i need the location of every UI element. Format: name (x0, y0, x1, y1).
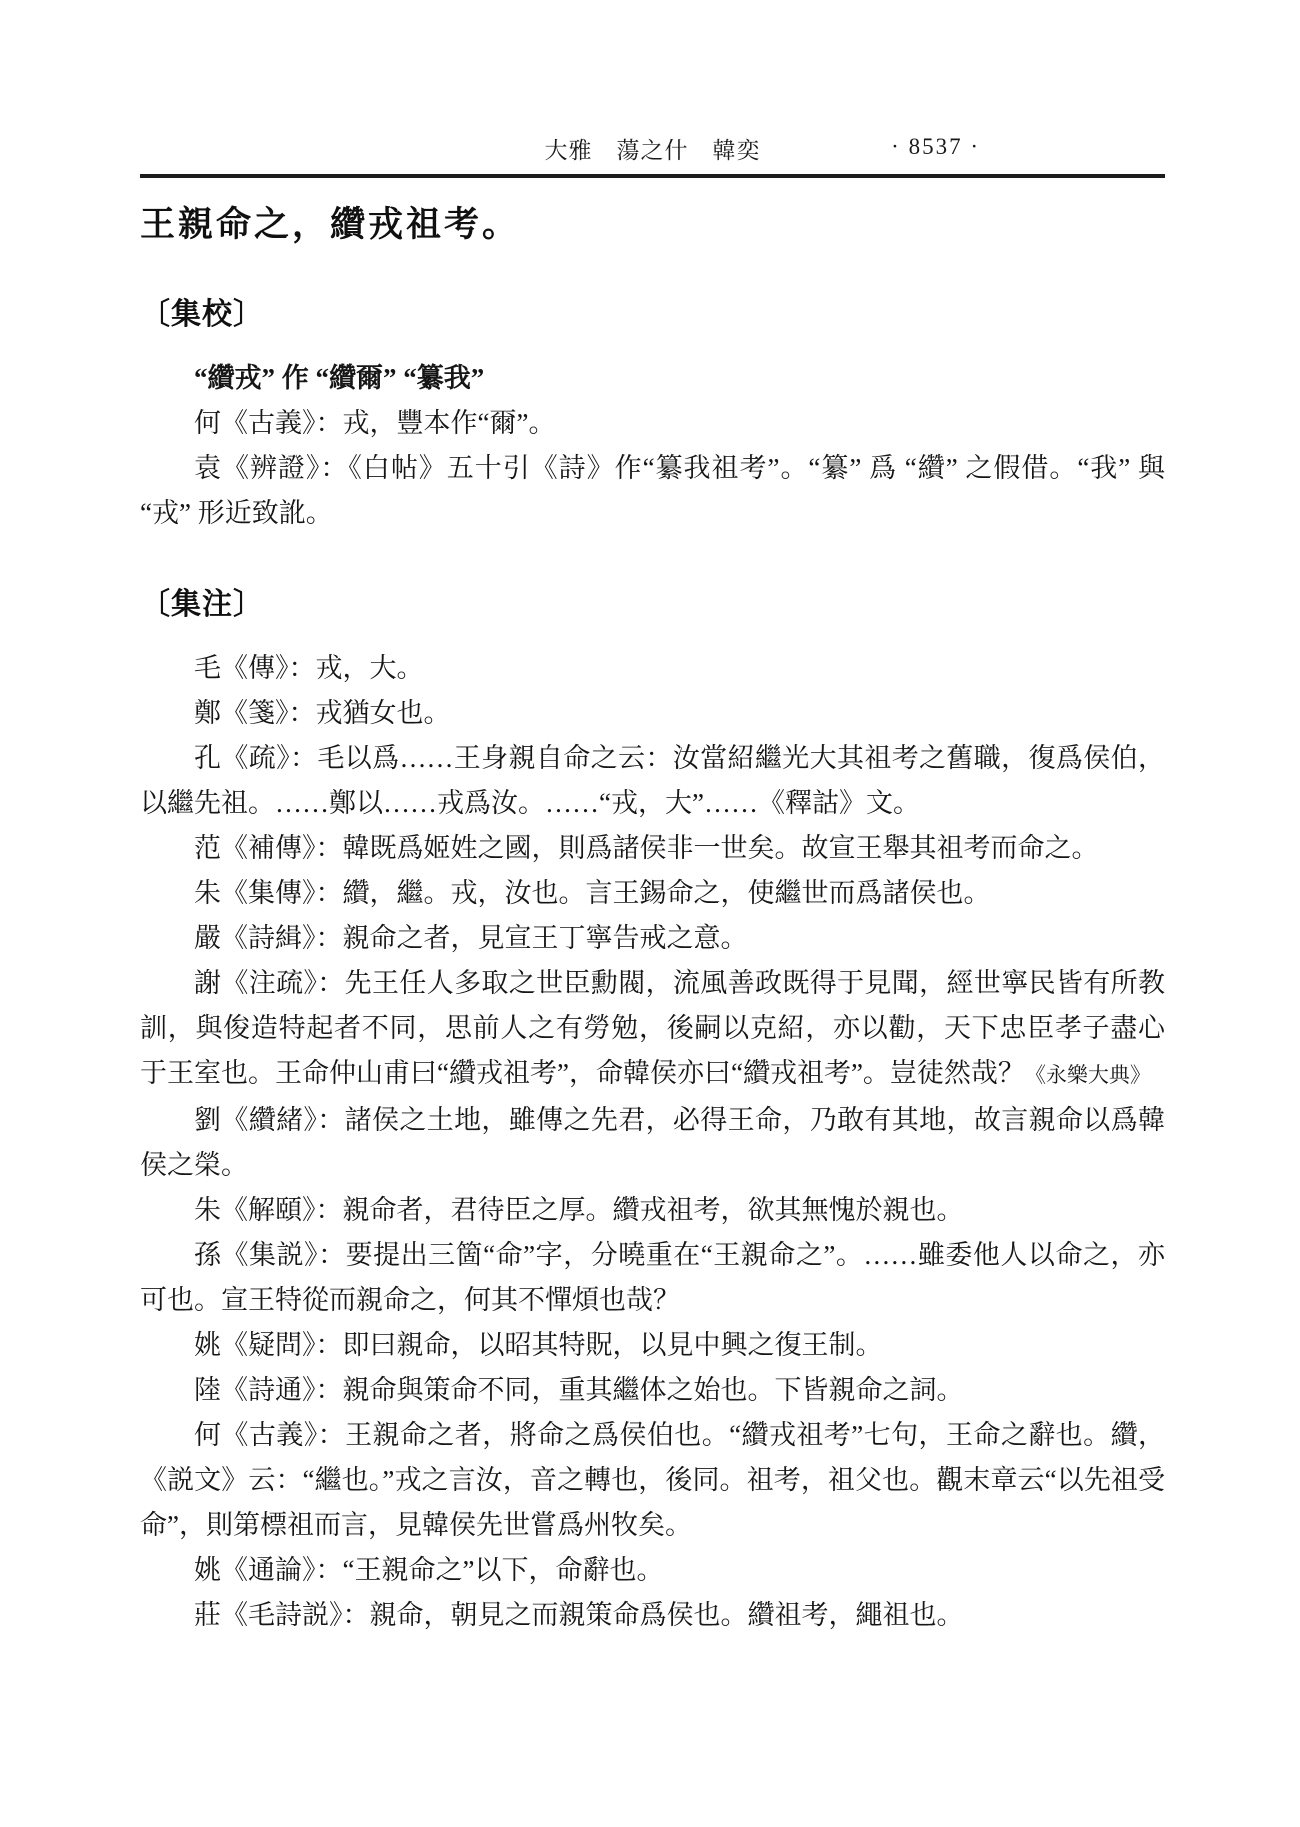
running-head-chapter: 大雅 蕩之什 韓奕 (140, 132, 1165, 165)
page-number: · 8537 · (891, 134, 980, 160)
lemma-paragraph: “纘戎” 作 “纘爾” “纂我” (140, 356, 1165, 401)
commentary-paragraph: 莊《毛詩説》：親命，朝見之而親策命爲侯也。纘祖考，繩祖也。 (140, 1593, 1165, 1638)
commentary-paragraph: 何《古義》：王親命之者，將命之爲侯伯也。“纘戎祖考”七句，王命之辭也。纘，《説文… (140, 1413, 1165, 1548)
page-header: 大雅 蕩之什 韓奕 · 8537 · (140, 132, 1165, 164)
commentary-paragraph: 陸《詩通》：親命與策命不同，重其繼体之始也。下皆親命之詞。 (140, 1368, 1165, 1413)
commentary-text: 謝《注疏》：先王任人多取之世臣勳閥，流風善政既得于見聞，經世寧民皆有所教訓，與俊… (140, 968, 1165, 1088)
commentary-paragraph: 范《補傳》：韓既爲姬姓之國，則爲諸侯非一世矣。故宣王舉其祖考而命之。 (140, 826, 1165, 871)
commentary-paragraph: 姚《疑問》：即曰親命，以昭其特貺，以見中興之復王制。 (140, 1323, 1165, 1368)
commentary-paragraph: 袁《辨證》：《白帖》五十引《詩》作“纂我祖考”。“纂” 爲 “纘” 之假借。“我… (140, 446, 1165, 536)
commentary-paragraph: 姚《通論》：“王親命之”以下，命辭也。 (140, 1548, 1165, 1593)
verse-title: 王親命之，纘戎祖考。 (140, 204, 1165, 246)
section-heading-jixiao: 〔集校〕 (140, 296, 1165, 334)
section-jixiao: 〔集校〕 “纘戎” 作 “纘爾” “纂我” 何《古義》：戎，豐本作“爾”。 袁《… (140, 296, 1165, 536)
header-divider (140, 174, 1165, 178)
commentary-paragraph: 朱《集傳》：纘，繼。戎，汝也。言王錫命之，使繼世而爲諸侯也。 (140, 871, 1165, 916)
commentary-paragraph: 孫《集説》：要提出三箇“命”字，分曉重在“王親命之”。……雖委他人以命之，亦可也… (140, 1233, 1165, 1323)
source-note: 《永樂大典》 (1025, 1063, 1151, 1087)
commentary-paragraph: 毛《傳》：戎，大。 (140, 646, 1165, 691)
commentary-paragraph: 嚴《詩緝》：親命之者，見宣王丁寧告戒之意。 (140, 916, 1165, 961)
commentary-paragraph: 何《古義》：戎，豐本作“爾”。 (140, 401, 1165, 446)
section-heading-jizhu: 〔集注〕 (140, 586, 1165, 624)
commentary-paragraph: 劉《纘緒》：諸侯之土地，雖傳之先君，必得王命，乃敢有其地，故言親命以爲韓侯之榮。 (140, 1098, 1165, 1188)
book-page: 大雅 蕩之什 韓奕 · 8537 · 王親命之，纘戎祖考。 〔集校〕 “纘戎” … (0, 0, 1300, 1827)
section-jizhu: 〔集注〕 毛《傳》：戎，大。 鄭《箋》：戎猶女也。 孔《疏》：毛以爲……王身親自… (140, 586, 1165, 1638)
commentary-paragraph: 孔《疏》：毛以爲……王身親自命之云：汝當紹繼光大其祖考之舊職，復爲侯伯，以繼先祖… (140, 736, 1165, 826)
commentary-paragraph: 朱《解頤》：親命者，君待臣之厚。纘戎祖考，欲其無愧於親也。 (140, 1188, 1165, 1233)
commentary-paragraph: 鄭《箋》：戎猶女也。 (140, 691, 1165, 736)
commentary-paragraph: 謝《注疏》：先王任人多取之世臣勳閥，流風善政既得于見聞，經世寧民皆有所教訓，與俊… (140, 961, 1165, 1098)
